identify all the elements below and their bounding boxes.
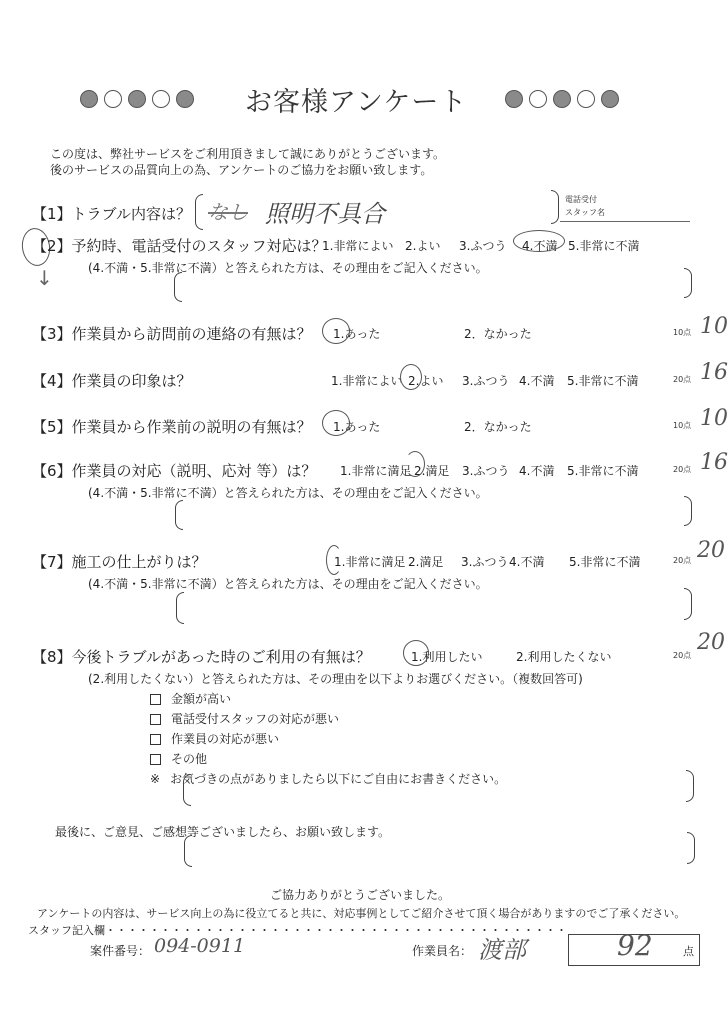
q3-option-2[interactable]: 2．なかった — [464, 325, 532, 342]
q4-score: 16 — [700, 360, 728, 385]
q6-option-3[interactable]: 3.ふつう — [462, 462, 509, 479]
q8-free-text-bracket-right — [686, 770, 694, 802]
q6-reason-bracket-right — [684, 496, 692, 526]
q7-option-4[interactable]: 4.不満 — [509, 553, 544, 570]
q4-option-3[interactable]: 3.ふつう — [462, 372, 509, 389]
q1-label: 【1】トラブル内容は？ — [32, 203, 191, 224]
worker-name-label: 作業員名： — [412, 942, 472, 959]
usage-notice: アンケートの内容は、サービス向上の為に役立てると共に、対応事例としてご紹介させて… — [37, 905, 685, 921]
open-circle-icon — [152, 90, 170, 108]
checkbox-icon[interactable] — [150, 754, 161, 765]
q4-option-4[interactable]: 4.不満 — [519, 372, 554, 389]
q4-points-label: 20点 — [673, 374, 691, 385]
decorative-dots-right — [505, 90, 619, 108]
q8-option-2[interactable]: 2.利用したくない — [516, 648, 611, 665]
q4-label: 【4】作業員の印象は？ — [32, 370, 192, 391]
q8-reason-prompt: (2.利用したくない）と答えられた方は、その理由を以下よりお選びください。（複数… — [88, 670, 583, 687]
q7-points-label: 20点 — [673, 555, 691, 566]
q7-option-5[interactable]: 5.非常に不満 — [569, 553, 640, 570]
q8-score: 20 — [697, 630, 725, 655]
decorative-dots-left — [80, 90, 194, 108]
note-mark-icon: ※ — [150, 772, 160, 786]
reception-staff-label-2: スタッフ名 — [565, 207, 605, 218]
q4-option-5[interactable]: 5.非常に不満 — [567, 372, 638, 389]
checkbox-icon[interactable] — [150, 734, 161, 745]
checkbox-icon[interactable] — [150, 714, 161, 725]
total-score-box: 92 点 — [568, 934, 700, 966]
q5-score: 10 — [700, 406, 728, 431]
q5-label: 【5】作業員から作業前の説明の有無は？ — [32, 416, 312, 437]
total-score-value: 92 — [617, 929, 653, 962]
q7-score: 20 — [697, 538, 725, 563]
q8-points-label: 20点 — [673, 650, 691, 661]
score-unit: 点 — [683, 943, 694, 959]
q4-option-1[interactable]: 1.非常によい — [331, 372, 402, 389]
q7-option-1-selected[interactable]: 1.非常に満足 — [334, 553, 405, 570]
open-circle-icon — [104, 90, 122, 108]
q7-reason-prompt: (4.不満・5.非常に不満）と答えられた方は、その理由をご記入ください。 — [88, 575, 488, 592]
case-number-label: 案件番号： — [90, 942, 150, 959]
q7-selected-circle-mark — [326, 545, 342, 575]
q2-reason-bracket-left[interactable] — [174, 272, 182, 302]
worker-name-value: 渡部 — [478, 930, 526, 965]
q7-label: 【7】施工の仕上がりは？ — [32, 551, 207, 572]
q6-option-5[interactable]: 5.非常に不満 — [567, 462, 638, 479]
final-comment-bracket-left[interactable] — [184, 835, 192, 867]
q7-option-3[interactable]: 3.ふつう — [461, 553, 508, 570]
q8-label: 【8】今後トラブルがあった時のご利用の有無は？ — [32, 646, 371, 667]
q3-points-label: 10点 — [673, 327, 691, 338]
open-circle-icon — [529, 90, 547, 108]
q8-note: ※お気づきの点がありましたら以下にご自由にお書きください。 — [150, 770, 506, 787]
q7-reason-bracket-right — [684, 588, 692, 620]
q6-label: 【6】作業員の対応（説明、応対 等）は？ — [32, 460, 316, 481]
reception-staff-field[interactable] — [560, 221, 690, 222]
q2-option-5[interactable]: 5.非常に不満 — [568, 237, 639, 254]
q8-selected-circle-mark — [403, 640, 429, 666]
q1-answer-field[interactable]: 照明不具合 — [265, 194, 385, 229]
q2-label: 【2】予約時、電話受付のスタッフ対応は？ — [32, 235, 327, 256]
q5-option-2[interactable]: 2．なかった — [464, 418, 532, 435]
filled-circle-icon — [505, 90, 523, 108]
q5-points-label: 10点 — [673, 420, 691, 431]
q1-bracket-right — [551, 190, 559, 224]
q6-option-1[interactable]: 1.非常に満足 — [340, 462, 411, 479]
filled-circle-icon — [176, 90, 194, 108]
survey-header: お客様アンケート — [0, 80, 728, 120]
q7-reason-bracket-left[interactable] — [176, 592, 184, 624]
q4-selected-circle-mark — [400, 364, 422, 390]
q3-label: 【3】作業員から訪問前の連絡の有無は？ — [32, 323, 312, 344]
q2-option-3[interactable]: 3.ふつう — [459, 237, 506, 254]
q1-struck-answer: なし — [208, 196, 248, 225]
q6-reason-bracket-left[interactable] — [175, 500, 183, 530]
q1-bracket-left — [195, 194, 203, 230]
q3-score: 10 — [700, 314, 728, 339]
q2-selected-circle-mark — [513, 230, 565, 252]
thanks-text: ご協力ありがとうございました。 — [270, 886, 450, 903]
checkbox-icon[interactable] — [150, 694, 161, 705]
q6-score: 16 — [700, 450, 728, 475]
intro-line-2: 後のサービスの品質向上の為、アンケートのご協力をお願い致します。 — [50, 162, 432, 178]
q2-reason-bracket-right — [684, 268, 692, 298]
handwritten-arrow-mark: ↓ — [36, 266, 53, 290]
q6-points-label: 20点 — [673, 464, 691, 475]
open-circle-icon — [577, 90, 595, 108]
q6-selected-circle-mark — [405, 451, 425, 477]
q3-selected-circle-mark — [322, 318, 350, 344]
q6-reason-prompt: (4.不満・5.非常に不満）と答えられた方は、その理由をご記入ください。 — [88, 484, 488, 501]
q8-free-text-bracket-left[interactable] — [183, 774, 191, 806]
filled-circle-icon — [80, 90, 98, 108]
staff-section-label: スタッフ記入欄・・・・・・・・・・・・・・・・・・・・・・・・・・・・・・・・・… — [28, 922, 628, 938]
filled-circle-icon — [128, 90, 146, 108]
checkbox-worker-response[interactable]: 作業員の対応が悪い — [150, 730, 279, 747]
q5-selected-circle-mark — [322, 410, 350, 436]
q2-reason-prompt: (4.不満・5.非常に不満）と答えられた方は、その理由をご記入ください。 — [88, 259, 488, 276]
filled-circle-icon — [601, 90, 619, 108]
q2-option-2[interactable]: 2.よい — [405, 237, 440, 254]
final-comment-bracket-right — [687, 832, 695, 864]
checkbox-other[interactable]: その他 — [150, 750, 207, 767]
checkbox-high-price[interactable]: 金額が高い — [150, 690, 231, 707]
q7-option-2[interactable]: 2.満足 — [408, 553, 443, 570]
q6-option-4[interactable]: 4.不満 — [519, 462, 554, 479]
case-number-value: 094-0911 — [154, 935, 245, 957]
final-comment-prompt: 最後に、ご意見、ご感想等ございましたら、お願い致します。 — [55, 823, 390, 840]
reception-staff-label-1: 電話受付 — [565, 194, 597, 205]
checkbox-reception-staff[interactable]: 電話受付スタッフの対応が悪い — [150, 710, 339, 727]
intro-line-1: この度は、弊社サービスをご利用頂きまして誠にありがとうございます。 — [50, 146, 445, 162]
filled-circle-icon — [553, 90, 571, 108]
q2-option-1[interactable]: 1.非常によい — [322, 237, 393, 254]
page-title: お客様アンケート — [245, 80, 467, 119]
